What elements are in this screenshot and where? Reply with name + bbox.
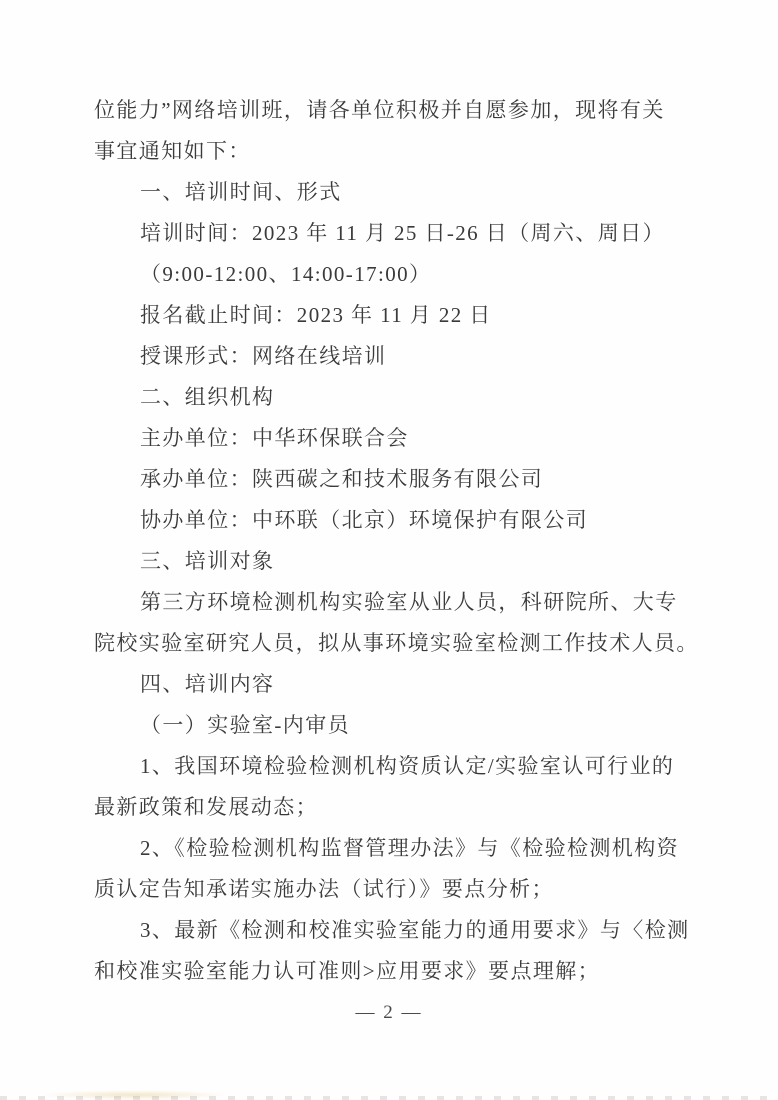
text-line: 一、培训时间、形式 [94, 172, 694, 213]
text-line: （一）实验室-内审员 [94, 705, 694, 746]
text-line: 授课形式：网络在线培训 [94, 336, 694, 377]
text-body: 位能力”网络培训班，请各单位积极并自愿参加，现将有关事宜通知如下：一、培训时间、… [94, 90, 694, 992]
text-line: 事宜通知如下： [94, 131, 694, 172]
page-number: — 2 — [0, 1002, 778, 1024]
text-line: 主办单位：中华环保联合会 [94, 418, 694, 459]
text-line: 质认定告知承诺实施办法（试行）》要点分析； [94, 869, 694, 910]
text-line: 报名截止时间：2023 年 11 月 22 日 [94, 295, 694, 336]
text-line: 1、我国环境检验检测机构资质认定/实验室认可行业的 [94, 746, 694, 787]
text-line: 三、培训对象 [94, 541, 694, 582]
text-line: 院校实验室研究人员，拟从事环境实验室检测工作技术人员。 [94, 623, 694, 664]
scan-edge-artifact [0, 1096, 778, 1100]
text-line: 培训时间：2023 年 11 月 25 日-26 日（周六、周日） [94, 213, 694, 254]
text-line: 协办单位：中环联（北京）环境保护有限公司 [94, 500, 694, 541]
text-line: （9:00-12:00、14:00-17:00） [94, 254, 694, 295]
text-line: 最新政策和发展动态； [94, 787, 694, 828]
text-line: 第三方环境检测机构实验室从业人员，科研院所、大专 [94, 582, 694, 623]
text-line: 四、培训内容 [94, 664, 694, 705]
text-line: 承办单位：陕西碳之和技术服务有限公司 [94, 459, 694, 500]
text-line: 3、最新《检测和校准实验室能力的通用要求》与〈检测 [94, 910, 694, 951]
text-line: 和校准实验室能力认可准则>应用要求》要点理解； [94, 951, 694, 992]
text-line: 2、《检验检测机构监督管理办法》与《检验检测机构资 [94, 828, 694, 869]
text-line: 二、组织机构 [94, 377, 694, 418]
document-page: 位能力”网络培训班，请各单位积极并自愿参加，现将有关事宜通知如下：一、培训时间、… [0, 0, 778, 1100]
text-line: 位能力”网络培训班，请各单位积极并自愿参加，现将有关 [94, 90, 694, 131]
